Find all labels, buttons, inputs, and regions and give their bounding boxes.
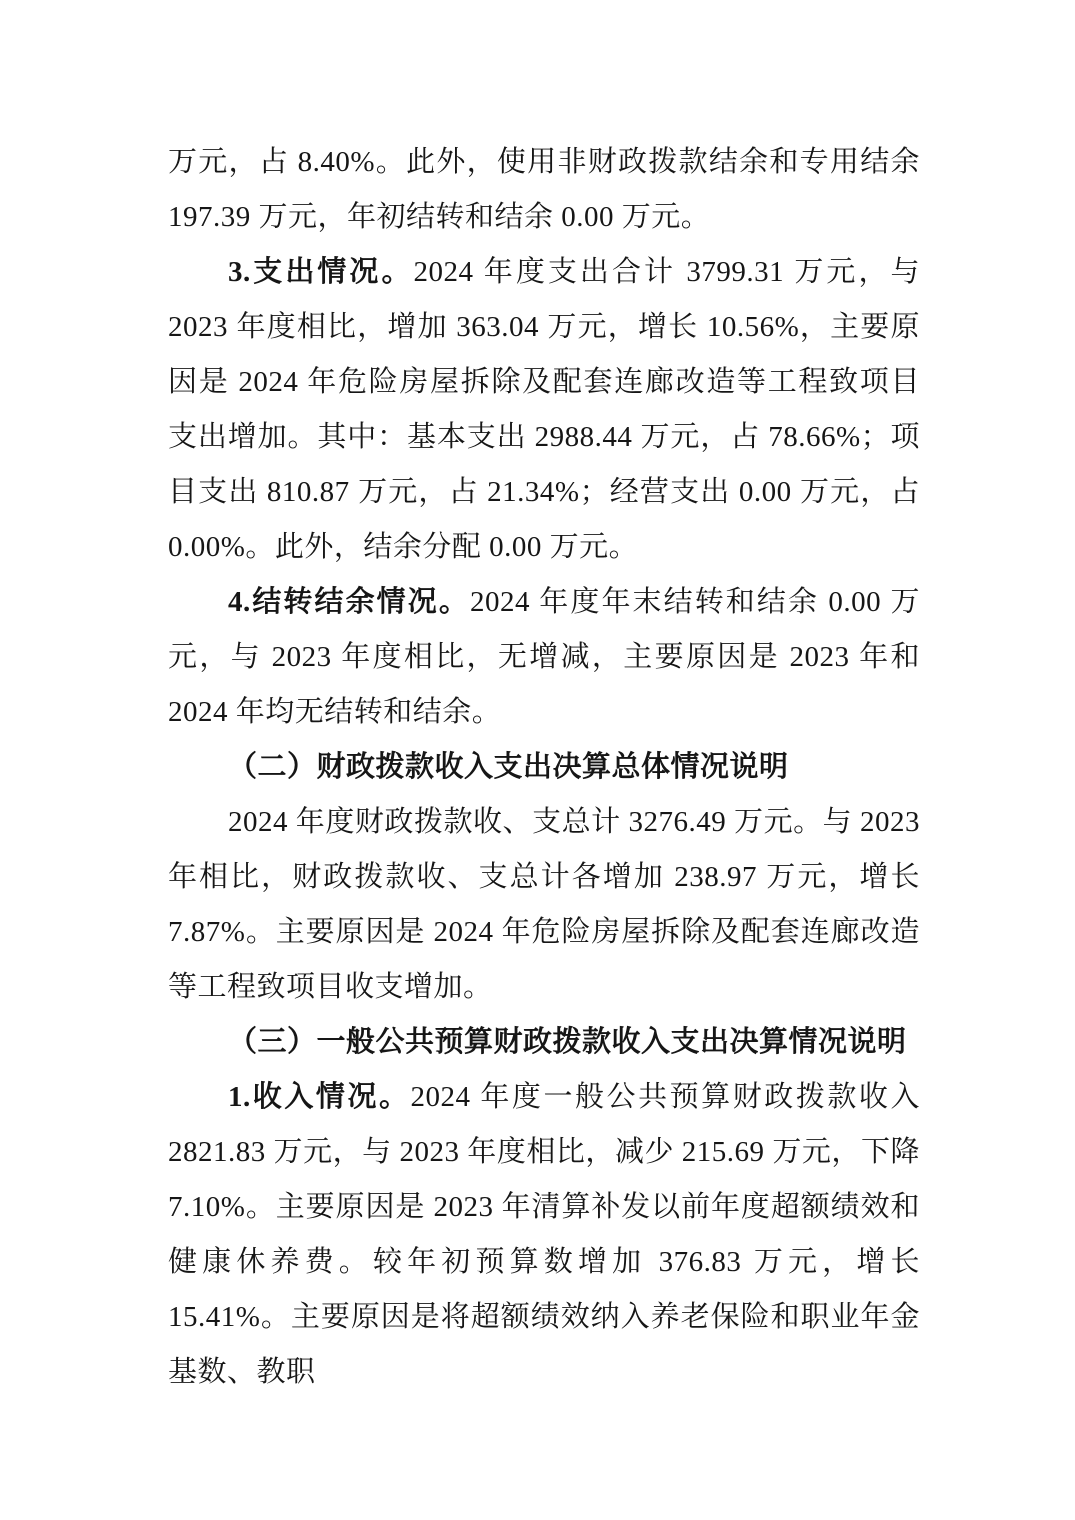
para-fiscal-appropriation-total: 2024 年度财政拨款收、支总计 3276.49 万元。与 2023 年相比，财… bbox=[168, 795, 920, 1015]
emphasis-text-run: 4.结转结余情况。 bbox=[228, 586, 470, 618]
para-carryover-situation: 4.结转结余情况。2024 年度年末结转和结余 0.00 万元，与 2023 年… bbox=[168, 575, 920, 740]
heading-section-three: （三）一般公共预算财政拨款收入支出决算情况说明 bbox=[168, 1015, 920, 1070]
para-general-budget-income: 1.收入情况。2024 年度一般公共预算财政拨款收入 2821.83 万元，与 … bbox=[168, 1070, 920, 1400]
para-expenditure-situation: 3.支出情况。2024 年度支出合计 3799.31 万元，与 2023 年度相… bbox=[168, 245, 920, 575]
text-run: 2024 年度一般公共预算财政拨款收入 2821.83 万元，与 2023 年度… bbox=[168, 1081, 920, 1388]
text-run: 2024 年度财政拨款收、支总计 3276.49 万元。与 2023 年相比，财… bbox=[168, 806, 920, 1003]
emphasis-text-run: （三）一般公共预算财政拨款收入支出决算情况说明 bbox=[228, 1026, 907, 1058]
text-run: 万元，占 8.40%。此外，使用非财政拨款结余和专用结余 197.39 万元，年… bbox=[168, 146, 920, 233]
document-page: 万元，占 8.40%。此外，使用非财政拨款结余和专用结余 197.39 万元，年… bbox=[0, 0, 1075, 1520]
text-run: 2024 年度支出合计 3799.31 万元，与 2023 年度相比，增加 36… bbox=[168, 256, 920, 563]
emphasis-text-run: 3.支出情况。 bbox=[228, 256, 414, 288]
emphasis-text-run: （二）财政拨款收入支出决算总体情况说明 bbox=[228, 751, 789, 783]
heading-section-two: （二）财政拨款收入支出决算总体情况说明 bbox=[168, 740, 920, 795]
para-income-continuation: 万元，占 8.40%。此外，使用非财政拨款结余和专用结余 197.39 万元，年… bbox=[168, 135, 920, 245]
emphasis-text-run: 1.收入情况。 bbox=[228, 1081, 411, 1113]
document-body: 万元，占 8.40%。此外，使用非财政拨款结余和专用结余 197.39 万元，年… bbox=[168, 135, 920, 1400]
